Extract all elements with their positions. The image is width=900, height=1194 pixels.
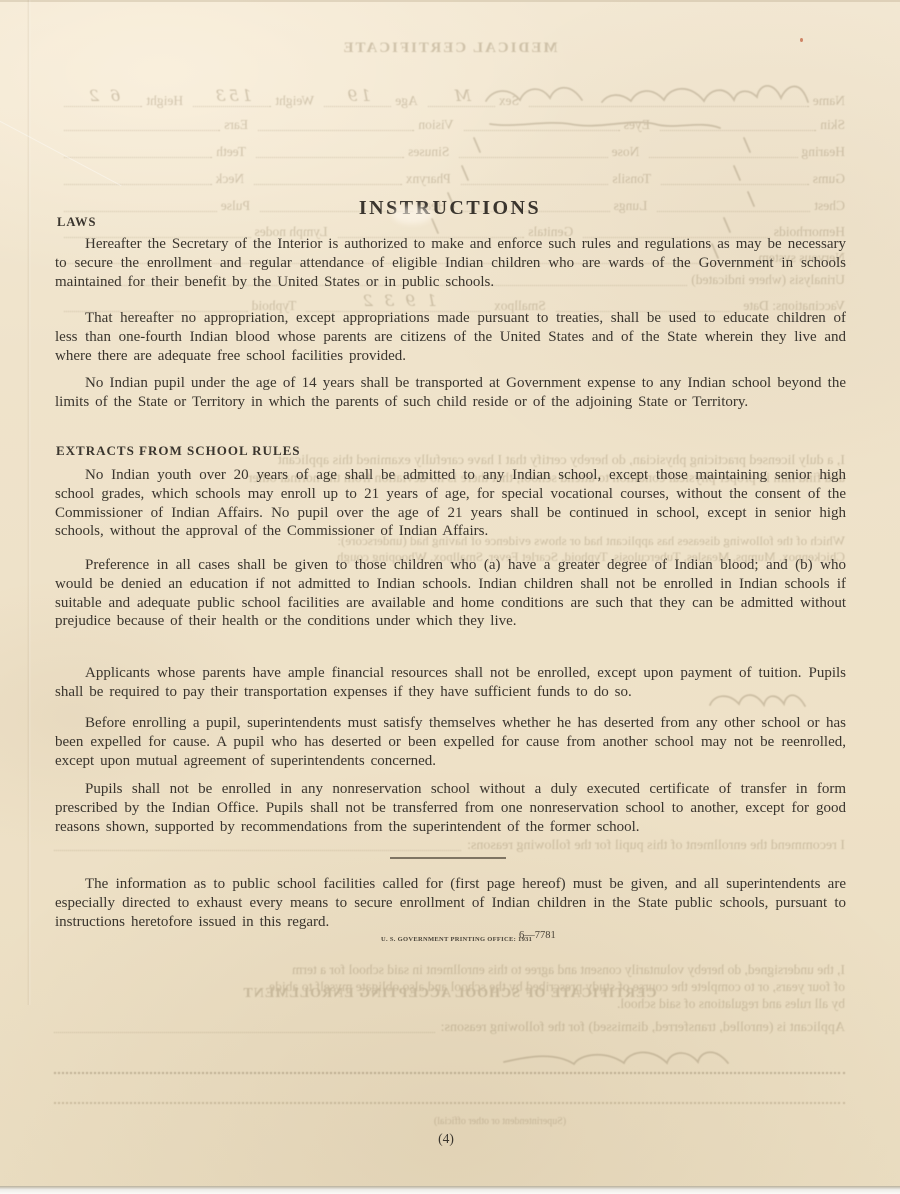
paper-top-edge: [0, 0, 900, 2]
paragraph-laws-2: That hereafter no appropriation, except …: [55, 309, 846, 365]
paragraph-rules-3: Applicants whose parents have ample fina…: [55, 664, 846, 702]
paragraph-laws-3: No Indian pupil under the age of 14 year…: [55, 374, 846, 412]
page-number: (4): [0, 1131, 892, 1147]
paragraph-rules-4: Before enrolling a pupil, superintendent…: [55, 714, 846, 770]
section-heading-laws: LAWS: [57, 215, 96, 230]
paragraph-laws-1: Hereafter the Secretary of the Interior …: [55, 235, 846, 291]
scanned-document-page: NameSexMAge19Weight153Height6 2SkinEyesV…: [0, 0, 900, 1194]
paragraph-rules-6: The information as to public school faci…: [55, 875, 846, 931]
printed-text-layer: INSTRUCTIONS LAWS Hereafter the Secretar…: [0, 0, 900, 1194]
form-number: 6—7781: [519, 930, 556, 941]
section-heading-extracts: EXTRACTS FROM SCHOOL RULES: [56, 443, 301, 459]
paragraph-rules-2: Preference in all cases shall be given t…: [55, 556, 846, 631]
paper-bottom-edge: [0, 1186, 900, 1194]
paper-crease: [27, 0, 31, 1005]
paper-speck: [800, 38, 803, 42]
page-title: INSTRUCTIONS: [0, 197, 900, 220]
paragraph-rules-5: Pupils shall not be enrolled in any nonr…: [55, 780, 846, 836]
paper-smudge: [392, 206, 432, 224]
gpo-imprint: U. S. GOVERNMENT PRINTING OFFICE: 1931: [381, 936, 532, 943]
paragraph-rules-1: No Indian youth over 20 years of age sha…: [55, 466, 846, 541]
ink-rule: [390, 857, 506, 859]
